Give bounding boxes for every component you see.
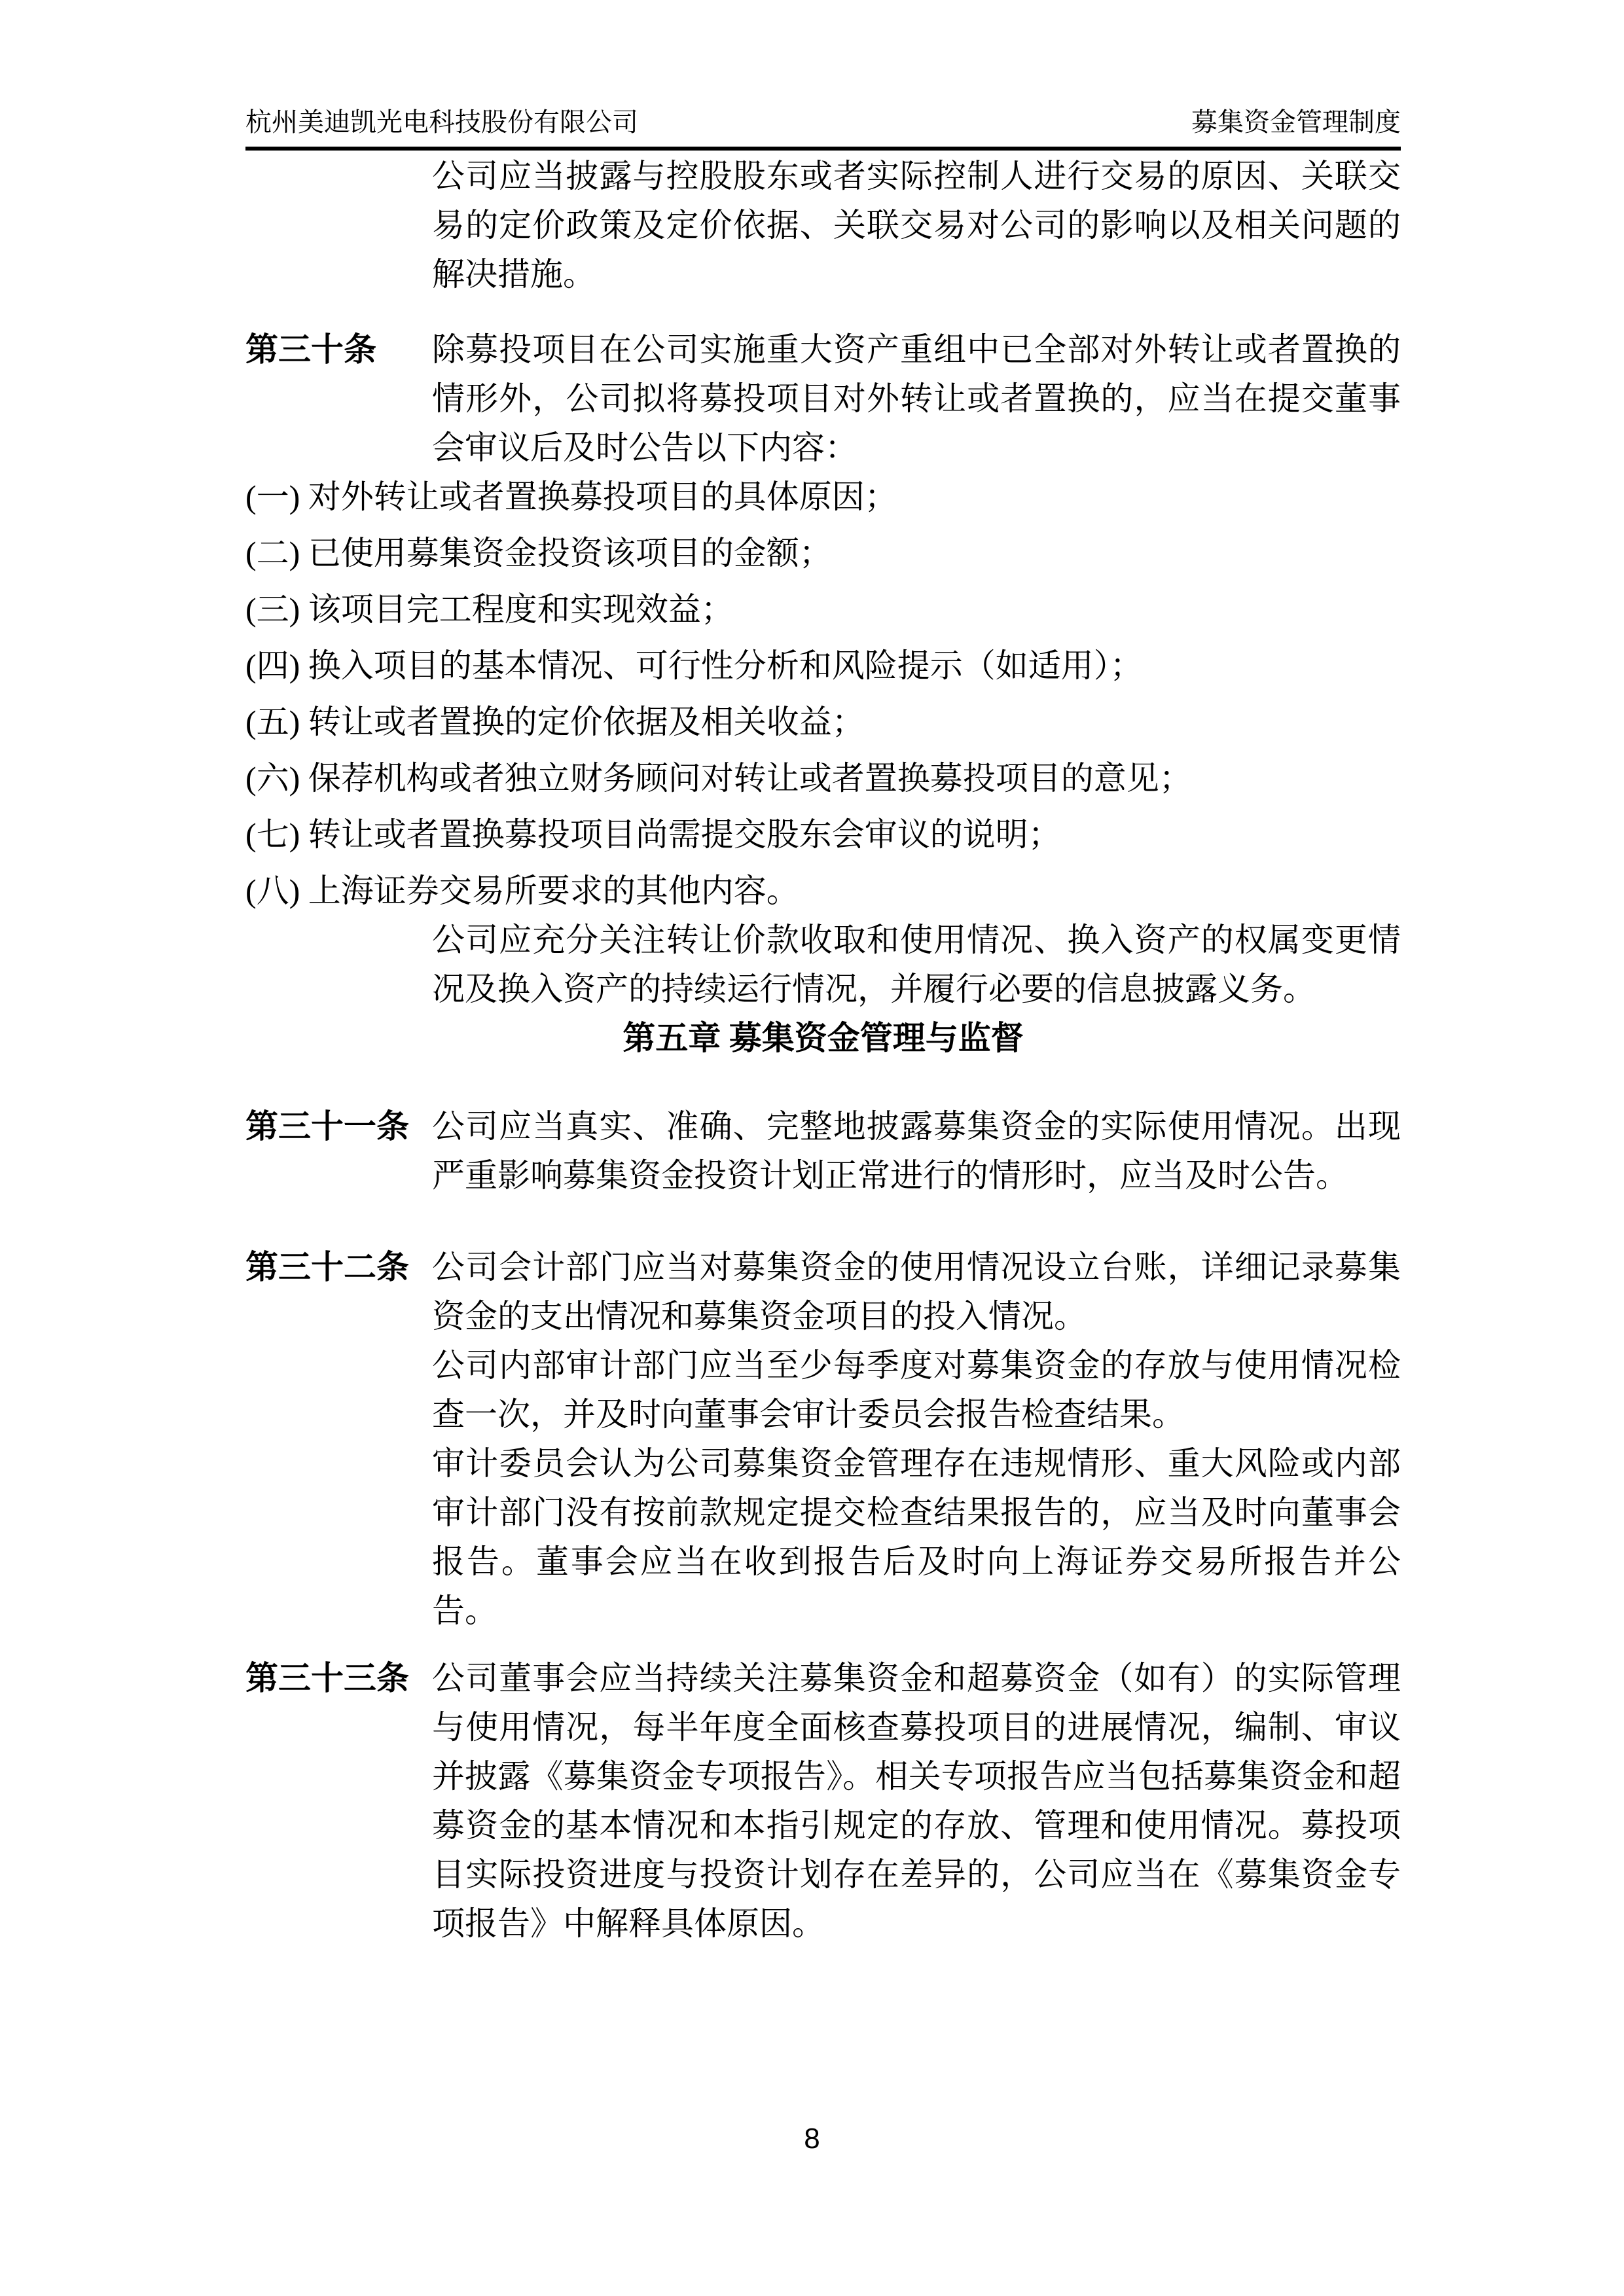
list-item-7: (七) 转让或者置换募投项目尚需提交股东会审议的说明；: [245, 810, 1401, 859]
article-30: 第三十条 除募投项目在公司实施重大资产重组中已全部对外转让或者置换的情形外，公司…: [245, 325, 1401, 473]
paragraph-related-transaction-disclosure: 公司应当披露与控股股东或者实际控制人进行交易的原因、关联交易的定价政策及定价依据…: [432, 152, 1401, 299]
article-31-label: 第三十一条: [245, 1102, 432, 1200]
list-item-8: (八) 上海证券交易所要求的其他内容。: [245, 867, 1401, 916]
list-item-3: (三) 该项目完工程度和实现效益；: [245, 585, 1401, 634]
article-33-text: 公司董事会应当持续关注募集资金和超募资金（如有）的实际管理与使用情况，每半年度全…: [432, 1654, 1401, 1948]
chapter-5-heading: 第五章 募集资金管理与监督: [245, 1014, 1401, 1063]
article-33-label: 第三十三条: [245, 1654, 432, 1948]
list-item-6: (六) 保荐机构或者独立财务顾问对转让或者置换募投项目的意见；: [245, 754, 1401, 803]
page-number: 8: [0, 2122, 1624, 2156]
article-31-text: 公司应当真实、准确、完整地披露募集资金的实际使用情况。出现严重影响募集资金投资计…: [432, 1102, 1401, 1200]
article-30-text: 除募投项目在公司实施重大资产重组中已全部对外转让或者置换的情形外，公司拟将募投项…: [432, 325, 1401, 473]
list-item-5: (五) 转让或者置换的定价依据及相关收益；: [245, 698, 1401, 747]
header-company-name: 杭州美迪凯光电科技股份有限公司: [245, 107, 638, 137]
document-body: 公司应当披露与控股股东或者实际控制人进行交易的原因、关联交易的定价政策及定价依据…: [245, 152, 1401, 1948]
page-header: 杭州美迪凯光电科技股份有限公司 募集资金管理制度: [245, 107, 1401, 151]
document-page: 杭州美迪凯光电科技股份有限公司 募集资金管理制度 公司应当披露与控股股东或者实际…: [0, 0, 1624, 2296]
article-32-paragraph-audit-committee: 审计委员会认为公司募集资金管理存在违规情形、重大风险或内部审计部门没有按前款规定…: [432, 1439, 1401, 1636]
article-31: 第三十一条 公司应当真实、准确、完整地披露募集资金的实际使用情况。出现严重影响募…: [245, 1102, 1401, 1200]
article-32-paragraph-internal-audit: 公司内部审计部门应当至少每季度对募集资金的存放与使用情况检查一次，并及时向董事会…: [432, 1341, 1401, 1439]
article-32-text: 公司会计部门应当对募集资金的使用情况设立台账，详细记录募集资金的支出情况和募集资…: [432, 1243, 1401, 1341]
list-item-4: (四) 换入项目的基本情况、可行性分析和风险提示（如适用）；: [245, 641, 1401, 691]
list-item-2: (二) 已使用募集资金投资该项目的金额；: [245, 529, 1401, 578]
article-33: 第三十三条 公司董事会应当持续关注募集资金和超募资金（如有）的实际管理与使用情况…: [245, 1654, 1401, 1948]
header-doc-title: 募集资金管理制度: [1191, 107, 1401, 137]
article-30-item-list: (一) 对外转让或者置换募投项目的具体原因； (二) 已使用募集资金投资该项目的…: [245, 473, 1401, 916]
article-30-label: 第三十条: [245, 325, 432, 473]
article-32-label: 第三十二条: [245, 1243, 432, 1341]
article-30-closing-paragraph: 公司应充分关注转让价款收取和使用情况、换入资产的权属变更情况及换入资产的持续运行…: [432, 916, 1401, 1014]
article-32: 第三十二条 公司会计部门应当对募集资金的使用情况设立台账，详细记录募集资金的支出…: [245, 1243, 1401, 1341]
list-item-1: (一) 对外转让或者置换募投项目的具体原因；: [245, 473, 1401, 522]
